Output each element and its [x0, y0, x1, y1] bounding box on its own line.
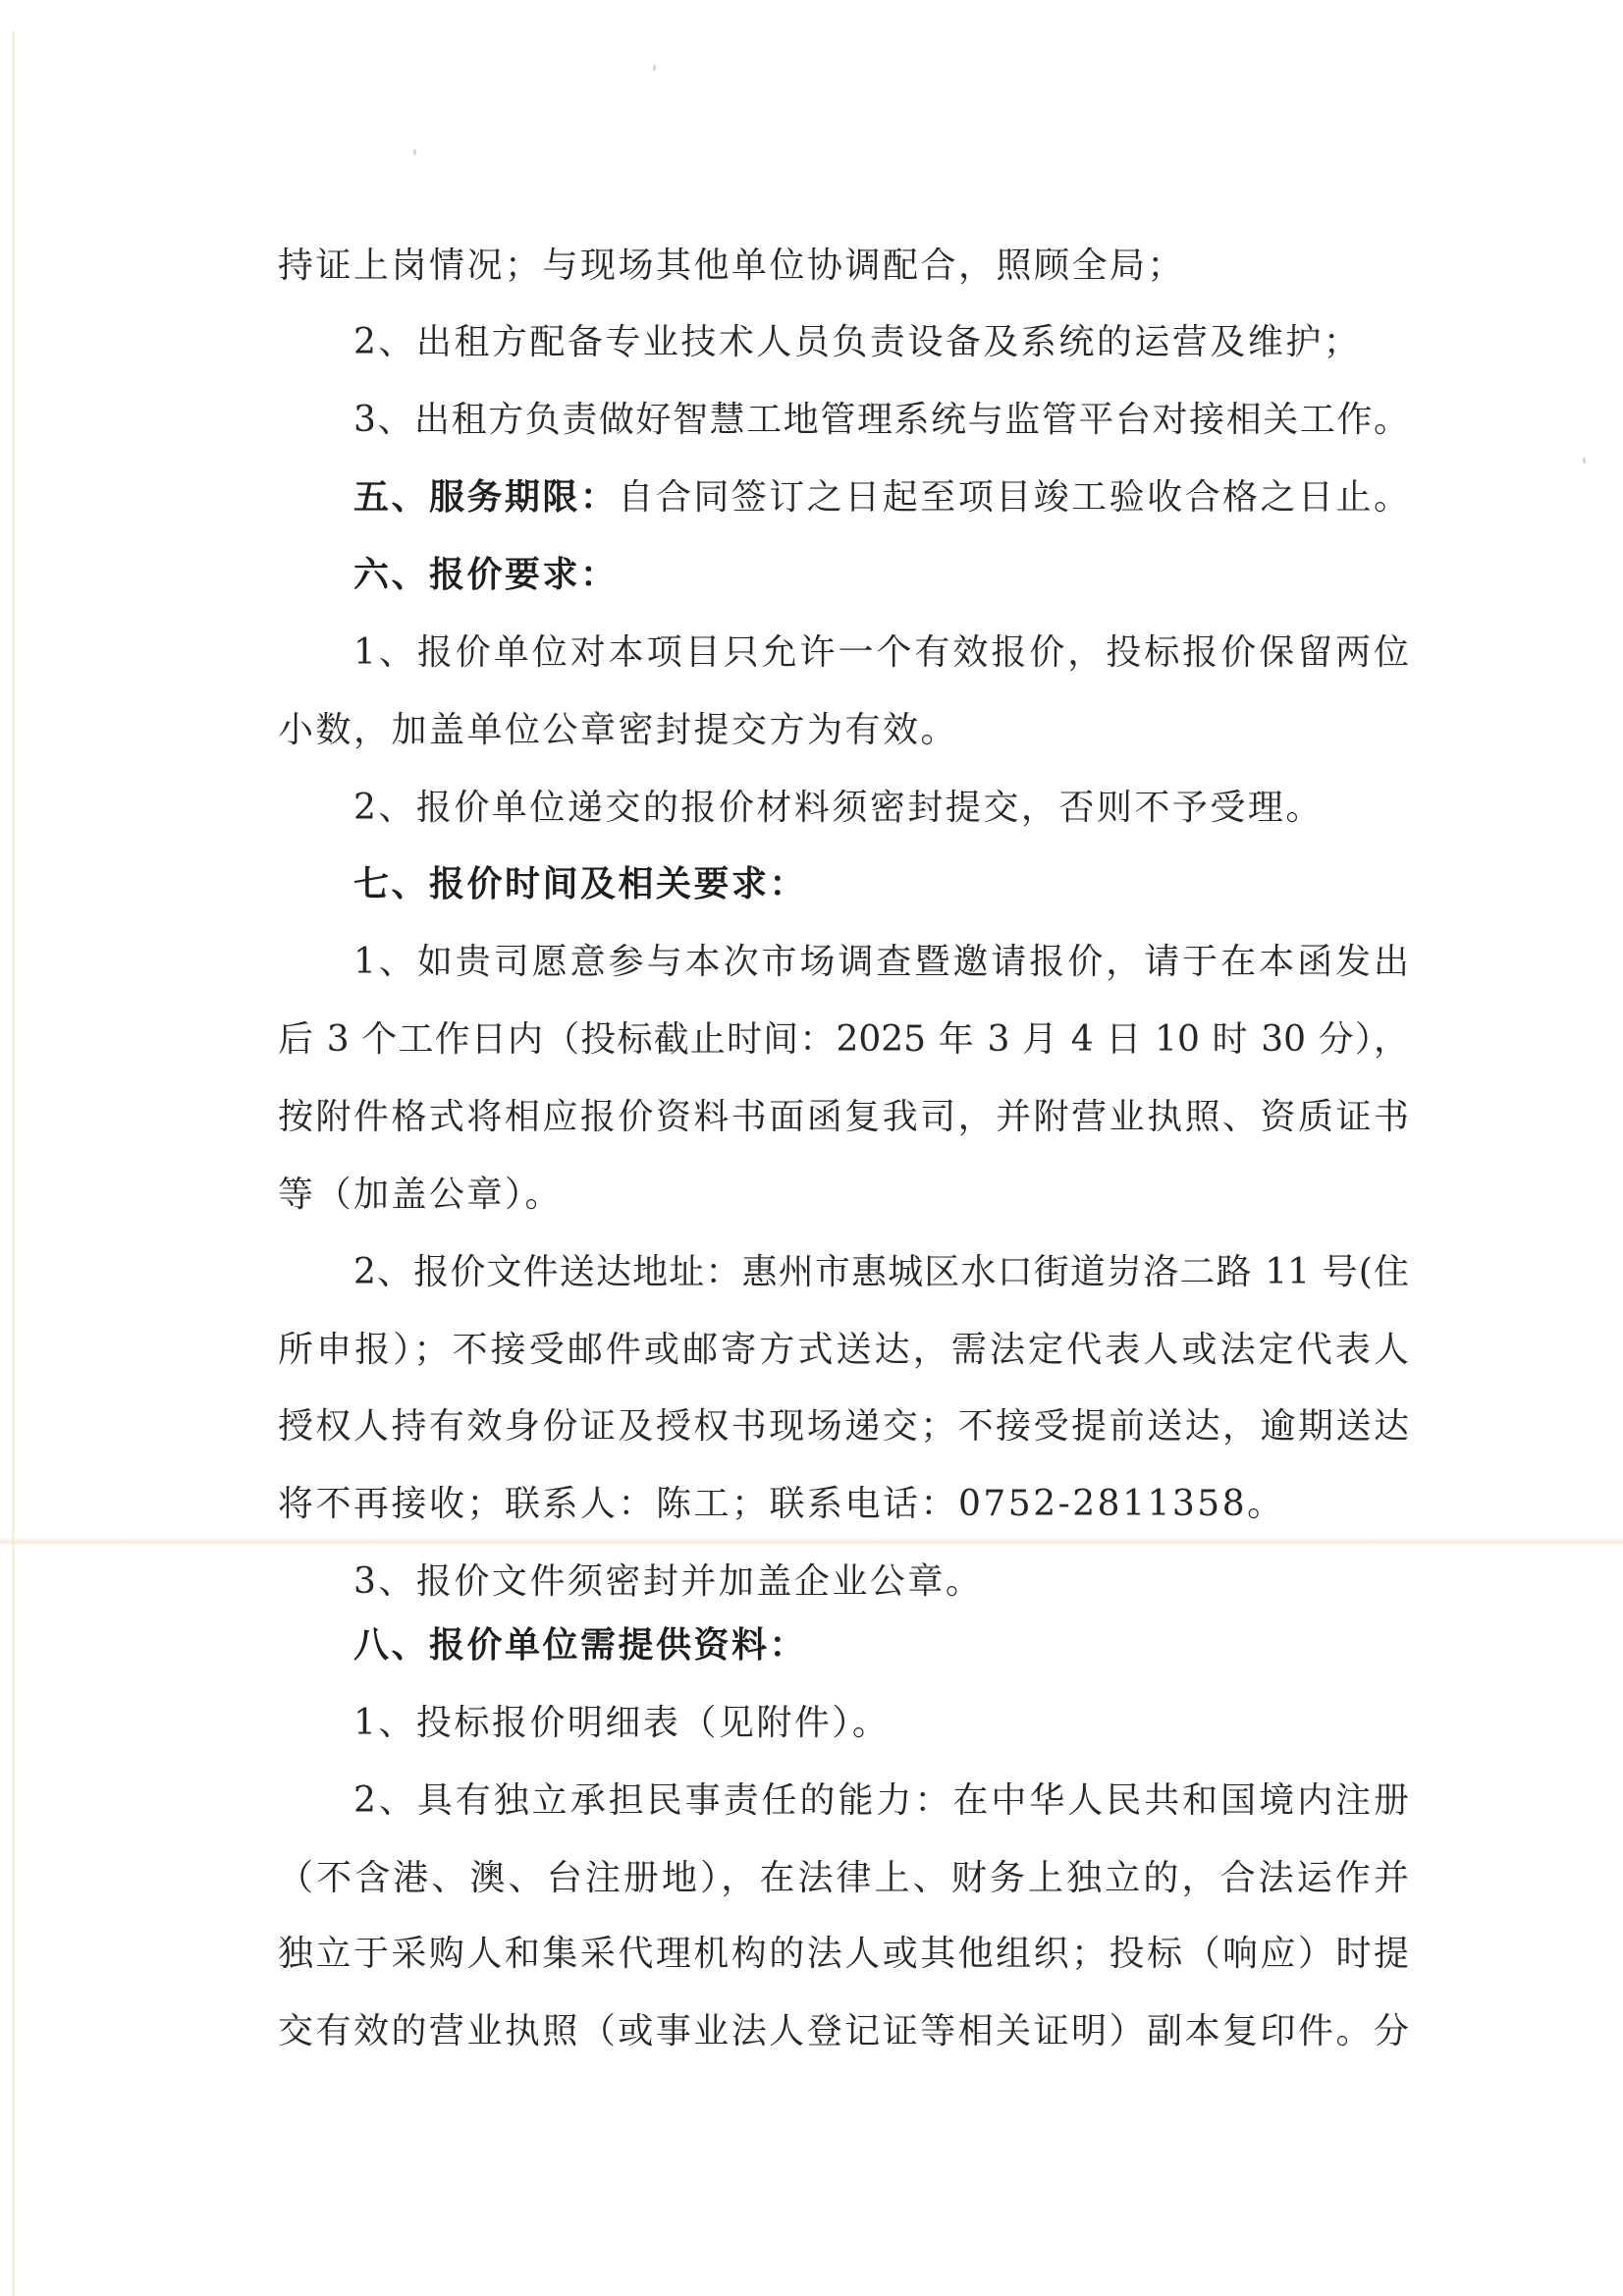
scan-speck [1583, 458, 1586, 464]
line-text: 1、如贵司愿意参与本次市场调查暨邀请报价，请于在本函发出 [353, 942, 1409, 982]
scan-speck [653, 65, 656, 71]
section-heading: 八、报价单位需提供资料： [353, 1625, 807, 1666]
paragraph-line: 按附件格式将相应报价资料书面函复我司，并附营业执照、资质证书 [278, 1078, 1409, 1156]
line-text: 等（加盖公章）。 [278, 1175, 563, 1215]
line-text: 独立于采购人和集采代理机构的法人或其他组织；投标（响应）时提 [278, 1934, 1409, 1974]
paragraph-line: 2、报价文件送达地址：惠州市惠城区水口街道岃洛二路 11 号(住 [353, 1233, 1409, 1311]
line-text: 持证上岗情况；与现场其他单位协调配合，照顾全局； [278, 246, 1185, 286]
scan-speck [413, 149, 416, 155]
line-text: 将不再接收；联系人：陈工；联系电话：0752-2811358。 [278, 1484, 1285, 1524]
paragraph-line: 2、报价单位递交的报价材料须密封提交，否则不予受理。 [353, 769, 1409, 847]
paragraph-line: 2、出租方配备专业技术人员负责设备及系统的运营及维护； [353, 303, 1409, 381]
section-heading-quote-time: 七、报价时间及相关要求： [353, 846, 1409, 923]
paragraph-line: 独立于采购人和集采代理机构的法人或其他组织；投标（响应）时提 [278, 1915, 1409, 1993]
line-text: 2、出租方配备专业技术人员负责设备及系统的运营及维护； [353, 322, 1361, 362]
section-heading-quote-requirements: 六、报价要求： [353, 536, 1409, 614]
line-text: 2、报价文件送达地址：惠州市惠城区水口街道岃洛二路 11 号(住 [353, 1252, 1409, 1292]
line-text: 授权人持有效身份证及授权书现场递交；不接受提前送达，逾期送达 [278, 1406, 1409, 1447]
section-heading-service-period: 五、服务期限：自合同签订之日起至项目竣工验收合格之日止。 [353, 459, 1409, 536]
line-text: 后 3 个工作日内（投标截止时间：2025 年 3 月 4 日 10 时 30 … [278, 1019, 1409, 1060]
page-edge-line [12, 31, 15, 2296]
paragraph-line: 后 3 个工作日内（投标截止时间：2025 年 3 月 4 日 10 时 30 … [278, 1001, 1409, 1078]
line-text: 3、出租方负责做好智慧工地管理系统与监管平台对接相关工作。 [353, 400, 1409, 440]
section-heading: 六、报价要求： [353, 555, 619, 595]
paragraph-line: 授权人持有效身份证及授权书现场递交；不接受提前送达，逾期送达 [278, 1388, 1409, 1465]
paragraph-line: （不含港、澳、台注册地），在法律上、财务上独立的，合法运作并 [278, 1839, 1409, 1917]
line-text: 交有效的营业执照（或事业法人登记证等相关证明）副本复印件。分 [278, 2011, 1409, 2051]
paragraph-line: 小数，加盖单位公章密封提交方为有效。 [278, 691, 1409, 769]
line-text: 1、报价单位对本项目只允许一个有效报价，投标报价保留两位 [353, 632, 1409, 673]
section-heading-required-materials: 八、报价单位需提供资料： [353, 1607, 1409, 1684]
line-text: 所申报）；不接受邮件或邮寄方式送达，需法定代表人或法定代表人 [278, 1330, 1409, 1370]
section-heading: 七、报价时间及相关要求： [353, 864, 807, 904]
line-text: 自合同签订之日起至项目竣工验收合格之日止。 [618, 477, 1409, 518]
paragraph-line: 将不再接收；联系人：陈工；联系电话：0752-2811358。 [278, 1465, 1409, 1543]
paragraph-line: 3、出租方负责做好智慧工地管理系统与监管平台对接相关工作。 [353, 381, 1409, 459]
paragraph-line: 持证上岗情况；与现场其他单位协调配合，照顾全局； [278, 227, 1409, 304]
line-text: 小数，加盖单位公章密封提交方为有效。 [278, 710, 958, 750]
line-text: （不含港、澳、台注册地），在法律上、财务上独立的，合法运作并 [278, 1858, 1409, 1898]
paragraph-line: 所申报）；不接受邮件或邮寄方式送达，需法定代表人或法定代表人 [278, 1311, 1409, 1389]
line-text: 3、报价文件须密封并加盖企业公章。 [353, 1561, 983, 1602]
paragraph-line: 1、投标报价明细表（见附件）。 [353, 1684, 1409, 1762]
paragraph-line: 等（加盖公章）。 [278, 1156, 1409, 1233]
line-text: 1、投标报价明细表（见附件）。 [353, 1703, 890, 1743]
paragraph-line: 1、如贵司愿意参与本次市场调查暨邀请报价，请于在本函发出 [353, 923, 1409, 1001]
section-heading: 五、服务期限： [353, 477, 618, 518]
line-text: 2、具有独立承担民事责任的能力：在中华人民共和国境内注册 [353, 1780, 1409, 1821]
paragraph-line: 交有效的营业执照（或事业法人登记证等相关证明）副本复印件。分 [278, 1993, 1409, 2070]
paragraph-line: 1、报价单位对本项目只允许一个有效报价，投标报价保留两位 [353, 614, 1409, 691]
line-text: 2、报价单位递交的报价材料须密封提交，否则不予受理。 [353, 788, 1324, 828]
paragraph-line: 2、具有独立承担民事责任的能力：在中华人民共和国境内注册 [353, 1762, 1409, 1839]
line-text: 按附件格式将相应报价资料书面函复我司，并附营业执照、资质证书 [278, 1097, 1409, 1137]
